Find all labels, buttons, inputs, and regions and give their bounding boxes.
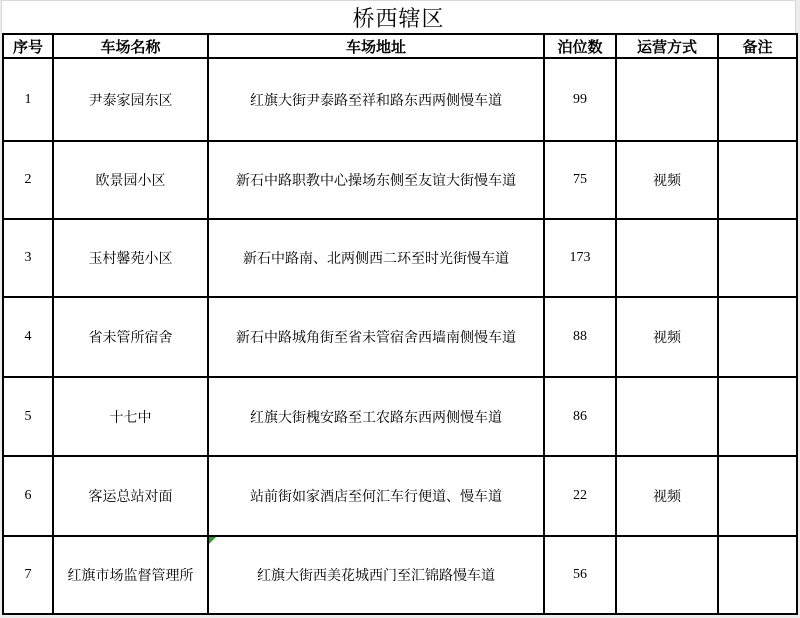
cell-address: 新石中路南、北两侧西二环至时光街慢车道 [208, 219, 544, 297]
cell-name: 红旗市场监督管理所 [53, 536, 208, 614]
cell-berths: 56 [544, 536, 616, 614]
cell-operation: 视频 [616, 297, 718, 377]
cell-address: 新石中路职教中心操场东侧至友谊大街慢车道 [208, 141, 544, 219]
header-operation: 运营方式 [616, 34, 718, 58]
cell-name: 欧景园小区 [53, 141, 208, 219]
cell-operation [616, 219, 718, 297]
header-serial: 序号 [3, 34, 53, 58]
cell-remark [718, 377, 797, 456]
cell-berths: 99 [544, 58, 616, 141]
cell-operation [616, 377, 718, 456]
cell-serial: 4 [3, 297, 53, 377]
cell-remark [718, 141, 797, 219]
cell-operation [616, 58, 718, 141]
cell-operation: 视频 [616, 456, 718, 536]
cell-address: 站前街如家酒店至何汇车行便道、慢车道 [208, 456, 544, 536]
header-address: 车场地址 [208, 34, 544, 58]
cell-remark [718, 58, 797, 141]
cell-name: 客运总站对面 [53, 456, 208, 536]
cell-address-text: 红旗大街西美花城西门至汇锦路慢车道 [257, 569, 495, 584]
parking-table: 序号 车场名称 车场地址 泊位数 运营方式 备注 1 尹泰家园东区 红旗大街尹泰… [2, 33, 798, 615]
table-row: 5 十七中 红旗大街槐安路至工农路东西两侧慢车道 86 [3, 377, 797, 456]
title-band: 桥西辖区 [1, 0, 796, 33]
cell-remark [718, 219, 797, 297]
cell-operation: 视频 [616, 141, 718, 219]
table-header-row: 序号 车场名称 车场地址 泊位数 运营方式 备注 [3, 34, 797, 58]
cell-address: 红旗大街槐安路至工农路东西两侧慢车道 [208, 377, 544, 456]
cell-remark [718, 456, 797, 536]
cell-address: 红旗大街西美花城西门至汇锦路慢车道 [208, 536, 544, 614]
cell-berths: 75 [544, 141, 616, 219]
cell-serial: 5 [3, 377, 53, 456]
cell-name: 省未管所宿舍 [53, 297, 208, 377]
cell-error-indicator-icon [209, 537, 216, 544]
cell-address: 红旗大街尹泰路至祥和路东西两侧慢车道 [208, 58, 544, 141]
cell-serial: 1 [3, 58, 53, 141]
header-remark: 备注 [718, 34, 797, 58]
cell-berths: 88 [544, 297, 616, 377]
cell-serial: 2 [3, 141, 53, 219]
cell-berths: 22 [544, 456, 616, 536]
table-row: 1 尹泰家园东区 红旗大街尹泰路至祥和路东西两侧慢车道 99 [3, 58, 797, 141]
cell-serial: 3 [3, 219, 53, 297]
header-berths: 泊位数 [544, 34, 616, 58]
spreadsheet-view: 桥西辖区 序号 车场名称 车场地址 泊位数 运营方式 备注 1 尹泰家园东区 红… [0, 0, 800, 618]
table-row: 3 玉村馨苑小区 新石中路南、北两侧西二环至时光街慢车道 173 [3, 219, 797, 297]
header-name: 车场名称 [53, 34, 208, 58]
table-row: 2 欧景园小区 新石中路职教中心操场东侧至友谊大街慢车道 75 视频 [3, 141, 797, 219]
cell-serial: 7 [3, 536, 53, 614]
cell-berths: 86 [544, 377, 616, 456]
cell-berths: 173 [544, 219, 616, 297]
page-title: 桥西辖区 [352, 2, 444, 33]
cell-remark [718, 536, 797, 614]
cell-name: 尹泰家园东区 [53, 58, 208, 141]
cell-address: 新石中路城角街至省未管宿舍西墙南侧慢车道 [208, 297, 544, 377]
cell-name: 十七中 [53, 377, 208, 456]
table-row: 6 客运总站对面 站前街如家酒店至何汇车行便道、慢车道 22 视频 [3, 456, 797, 536]
cell-serial: 6 [3, 456, 53, 536]
table-row: 4 省未管所宿舍 新石中路城角街至省未管宿舍西墙南侧慢车道 88 视频 [3, 297, 797, 377]
cell-operation [616, 536, 718, 614]
cell-name: 玉村馨苑小区 [53, 219, 208, 297]
table-row: 7 红旗市场监督管理所 红旗大街西美花城西门至汇锦路慢车道 56 [3, 536, 797, 614]
cell-remark [718, 297, 797, 377]
